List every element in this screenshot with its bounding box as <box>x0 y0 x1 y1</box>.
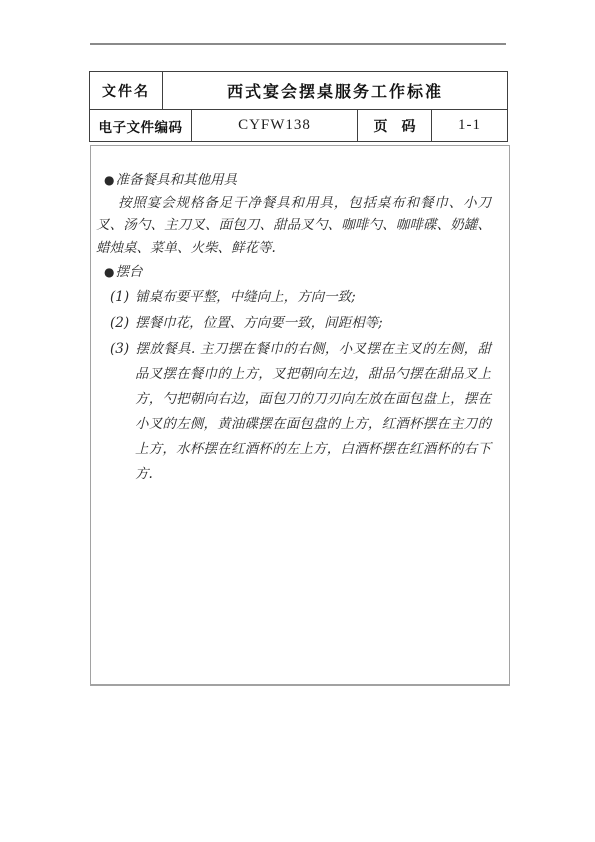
list-item-marker: (3) <box>110 341 129 357</box>
section-heading-text: 摆台 <box>115 264 142 280</box>
bullet-icon: ● <box>104 173 114 187</box>
file-code-value: CYFW138 <box>192 110 358 141</box>
page-number-value: 1-1 <box>432 110 507 141</box>
section-heading-setup: ●摆台 <box>104 261 493 284</box>
page-number-label: 页 码 <box>358 110 432 141</box>
section-heading-prepare: ●准备餐具和其他用具 <box>104 169 493 192</box>
document-page: 文件名 西式宴会摆桌服务工作标准 电子文件编码 CYFW138 页 码 1-1 … <box>0 0 595 842</box>
list-item-3: (3)摆放餐具. 主刀摆在餐巾的右侧，小叉摆在主叉的左侧，甜品叉摆在餐巾的上方，… <box>110 337 491 487</box>
list-item-text: 摆放餐具. 主刀摆在餐巾的右侧，小叉摆在主叉的左侧，甜品叉摆在餐巾的上方，叉把朝… <box>135 341 491 482</box>
header-row-code: 电子文件编码 CYFW138 页 码 1-1 <box>90 110 507 141</box>
bullet-icon: ● <box>104 265 114 279</box>
list-item-marker: (1) <box>110 289 129 305</box>
document-title: 西式宴会摆桌服务工作标准 <box>163 72 507 109</box>
top-divider-rule <box>90 43 506 45</box>
file-name-label: 文件名 <box>90 72 163 109</box>
list-item-2: (2)摆餐巾花，位置、方向要一致，间距相等; <box>110 311 491 336</box>
list-item-marker: (2) <box>110 315 129 331</box>
list-item-text: 铺桌布要平整，中缝向上，方向一致; <box>135 289 356 305</box>
document-body-box: ●准备餐具和其他用具 按照宴会规格备足干净餐具和用具，包括桌布和餐巾、小刀叉、汤… <box>90 145 510 686</box>
header-table: 文件名 西式宴会摆桌服务工作标准 电子文件编码 CYFW138 页 码 1-1 <box>89 71 508 142</box>
list-item-text: 摆餐巾花，位置、方向要一致，间距相等; <box>135 315 383 331</box>
file-code-label: 电子文件编码 <box>90 110 192 141</box>
prepare-paragraph: 按照宴会规格备足干净餐具和用具，包括桌布和餐巾、小刀叉、汤勺、主刀叉、面包刀、甜… <box>96 192 491 260</box>
list-item-1: (1)铺桌布要平整，中缝向上，方向一致; <box>110 285 491 310</box>
header-row-filename: 文件名 西式宴会摆桌服务工作标准 <box>90 72 507 110</box>
section-heading-text: 准备餐具和其他用具 <box>115 172 237 188</box>
